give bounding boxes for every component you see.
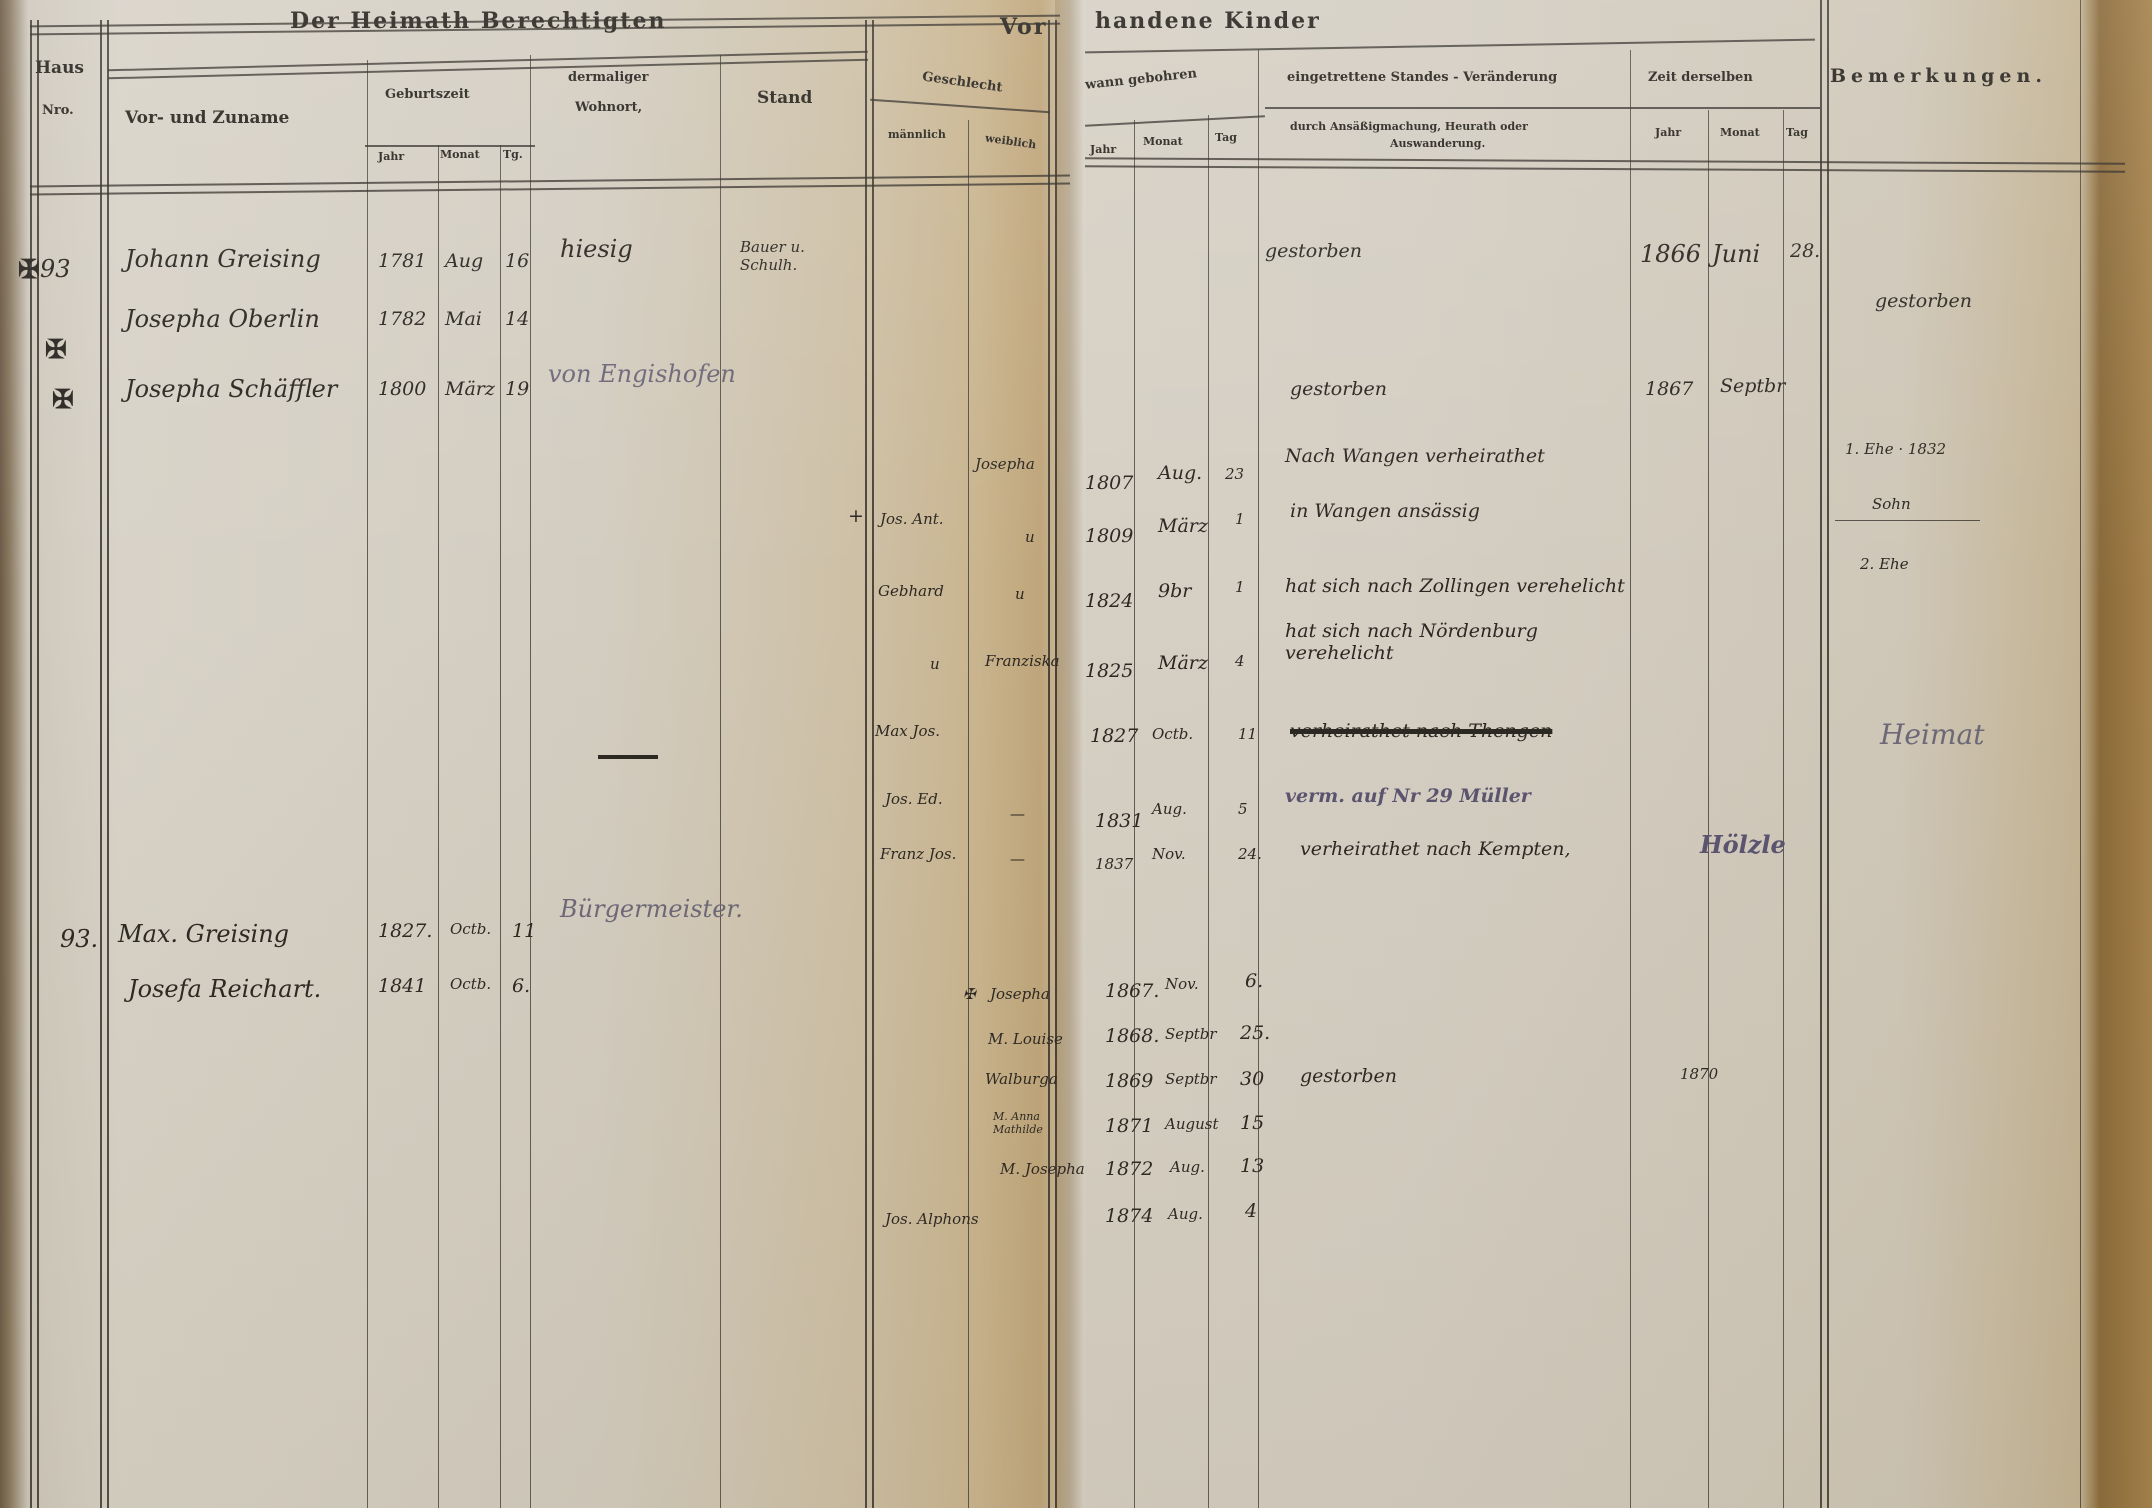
col-line-change-right	[1630, 50, 1631, 1508]
change-year: 1870	[1680, 1065, 1718, 1083]
register-book: Der Heimath Berechtigten Vor handene Kin…	[0, 0, 2152, 1508]
change-year: 1867	[1645, 378, 1693, 400]
child-birth-month: Aug.	[1158, 462, 1202, 484]
change-sub-rule	[1265, 107, 1625, 109]
col-line-male-right	[968, 120, 969, 1508]
child-birth-month: Nov.	[1152, 845, 1186, 863]
child-name: M. Josepha	[1000, 1160, 1085, 1178]
stand-dash	[598, 755, 658, 759]
name-header: Vor- und Zuname	[125, 108, 289, 128]
time-year-header: Jahr	[1655, 126, 1681, 139]
death-cross-icon: ✠	[45, 335, 67, 365]
birth-year: 1782	[378, 308, 426, 330]
birth-month: Octb.	[450, 975, 491, 993]
status-change: verm. auf Nr 29 Müller	[1285, 785, 1531, 807]
child-birth-year: 1825	[1085, 660, 1133, 682]
status-change: Nach Wangen verheirathet	[1285, 445, 1545, 467]
child-birth-day: 4	[1245, 1200, 1257, 1222]
nro-header: Nro.	[42, 103, 74, 118]
child-birth-year: 1871	[1105, 1115, 1153, 1137]
child-name: Jos. Ed.	[885, 790, 943, 808]
header-bottom-rule-right	[1085, 157, 2125, 172]
residence: Bürgermeister.	[560, 895, 743, 923]
col-line-haus-right	[100, 20, 109, 1508]
born-day-header: Tag	[1215, 131, 1237, 144]
child-birth-year: 1837	[1095, 855, 1133, 873]
child-birth-month: Septbr	[1165, 1070, 1217, 1088]
child-birth-year: 1874	[1105, 1205, 1153, 1227]
child-birth-day: 25.	[1240, 1022, 1270, 1044]
child-name: Josepha	[975, 455, 1035, 473]
house-number: 93.	[60, 925, 98, 953]
sex-sub-rule	[870, 99, 1050, 114]
child-birth-month: 9br	[1158, 580, 1191, 602]
death-cross-icon: ✠	[963, 985, 976, 1003]
time-month-header: Monat	[1720, 126, 1760, 139]
born-month-header: Monat	[1143, 135, 1183, 148]
col-line-birth-month	[500, 145, 501, 1508]
child-birth-month: Aug.	[1168, 1205, 1203, 1223]
child-name: Gebhard	[878, 582, 944, 600]
residence-header-line1: dermaliger	[568, 70, 648, 85]
birth-day: 19	[505, 378, 529, 400]
child-birth-month: März	[1158, 515, 1208, 537]
death-cross-icon: ✠	[18, 255, 40, 285]
col-line-time-year	[1708, 110, 1709, 1508]
child-name: Jos. Ant.	[880, 510, 944, 528]
time-sub-rule	[1625, 107, 1820, 109]
child-birth-day: 4	[1235, 652, 1245, 670]
remark: 2. Ehe	[1860, 555, 1909, 573]
child-birth-year: 1868.	[1105, 1025, 1159, 1047]
time-header: Zeit derselben	[1648, 70, 1753, 85]
child-birth-day: 13	[1240, 1155, 1264, 1177]
remark: Heimat	[1880, 718, 1984, 751]
birth-month: Mai	[445, 308, 482, 330]
book-spine	[1055, 0, 1085, 1508]
person-name: Josepha Schäffler	[125, 375, 337, 403]
birth-day: 6.	[512, 975, 530, 997]
child-birth-day: 15	[1240, 1112, 1264, 1134]
header-bottom-rule-left	[30, 175, 1070, 196]
born-header: wann gebohren	[1085, 66, 1198, 93]
residence-header-line2: Wohnort,	[575, 100, 642, 115]
change-month: Juni	[1712, 240, 1760, 268]
child-name: Franz Jos.	[880, 845, 956, 863]
child-name: Josepha	[990, 985, 1050, 1003]
child-birth-day: 24.	[1238, 845, 1262, 863]
person-name: Johann Greising	[125, 245, 321, 273]
residence: hiesig	[560, 235, 633, 263]
sex-header: Geschlecht	[921, 69, 1003, 95]
house-number: 93	[40, 255, 71, 283]
status-change: gestorben	[1300, 1065, 1397, 1087]
birth-year-header: Jahr	[378, 150, 404, 163]
status-change: hat sich nach Zollingen verehelicht	[1285, 575, 1625, 597]
birth-day: 11	[512, 920, 536, 942]
dash-mark: —	[1010, 850, 1025, 868]
child-birth-month: Septbr	[1165, 1025, 1217, 1043]
col-line-birth-right	[530, 55, 531, 1508]
child-name: Max Jos.	[875, 722, 940, 740]
female-header: weiblich	[984, 131, 1037, 151]
col-line-remarks-right	[2080, 0, 2081, 1508]
birth-day: 14	[505, 308, 529, 330]
remarks-header: Bemerkungen.	[1830, 65, 2047, 87]
child-birth-month: Aug.	[1170, 1158, 1205, 1176]
status-change: gestorben	[1265, 240, 1362, 262]
stand-header: Stand	[757, 88, 812, 108]
birth-month: Aug	[445, 250, 483, 272]
male-header: männlich	[888, 128, 946, 141]
header-rule-left	[108, 51, 868, 80]
child-name: Jos. Alphons	[885, 1210, 979, 1228]
col-line-born-right	[1258, 50, 1259, 1508]
death-cross-icon: +	[848, 505, 864, 527]
child-birth-year: 1831	[1095, 810, 1143, 832]
remark-rule	[1835, 520, 1980, 521]
left-page-title: Der Heimath Berechtigten	[290, 8, 666, 34]
child-birth-day: 1	[1235, 510, 1245, 528]
child-birth-year: 1807	[1085, 472, 1133, 494]
child-name: M. Louise	[988, 1030, 1063, 1048]
birth-sub-rule	[365, 145, 535, 147]
child-birth-year: 1869	[1105, 1070, 1153, 1092]
col-line-haus-left	[30, 20, 39, 1508]
child-birth-year: 1809	[1085, 525, 1133, 547]
person-name: Josepha Oberlin	[125, 305, 320, 333]
status-change-struck: verheirathet nach Thengen	[1290, 720, 1552, 742]
child-birth-month: August	[1165, 1115, 1218, 1133]
col-line-sex-right	[1048, 20, 1057, 1508]
birth-month: Octb.	[450, 920, 491, 938]
birth-year: 1781	[378, 250, 426, 272]
change-year: 1866	[1640, 240, 1701, 268]
col-line-birth-year	[438, 145, 439, 1508]
col-line-name-right	[367, 60, 368, 1508]
left-page-title-continuation: Vor	[1000, 14, 1047, 40]
child-birth-day: 30	[1240, 1068, 1264, 1090]
change-subheader-line1: durch Ansäßigmachung, Heurath oder	[1290, 120, 1528, 133]
born-year-header: Jahr	[1090, 143, 1116, 156]
child-birth-year: 1872	[1105, 1158, 1153, 1180]
birth-year: 1827.	[378, 920, 432, 942]
ditto-mark: u	[930, 655, 940, 673]
ditto-mark: u	[1025, 528, 1035, 546]
child-name: M. Anna Mathilde	[993, 1110, 1073, 1136]
status-change-extra: Hölzle	[1700, 830, 1786, 859]
child-birth-year: 1867.	[1105, 980, 1159, 1002]
born-sub-rule	[1085, 115, 1265, 126]
status-change: verheirathet nach Kempten,	[1300, 838, 1571, 860]
child-birth-day: 23	[1225, 465, 1244, 483]
birth-month-header: Monat	[440, 148, 480, 161]
child-birth-month: Aug.	[1152, 800, 1187, 818]
birth-year: 1800	[378, 378, 426, 400]
status-change: gestorben	[1290, 378, 1387, 400]
dash-mark: —	[1010, 805, 1025, 823]
status-change: hat sich nach Nördenburg verehelicht	[1285, 620, 1625, 664]
child-birth-day: 11	[1238, 725, 1257, 743]
time-day-header: Tag	[1786, 126, 1808, 139]
child-birth-year: 1827	[1090, 725, 1138, 747]
change-day: 28.	[1790, 240, 1820, 262]
col-line-time-right	[1820, 0, 1829, 1508]
child-birth-month: Nov.	[1165, 975, 1199, 993]
haus-header: Haus	[35, 58, 84, 78]
birth-day: 16	[505, 250, 529, 272]
right-page-title: handene Kinder	[1095, 8, 1321, 34]
col-line-residence-right	[720, 55, 721, 1508]
remark: Sohn	[1872, 495, 1911, 513]
child-birth-day: 6.	[1245, 970, 1263, 992]
child-birth-year: 1824	[1085, 590, 1133, 612]
child-name: Walburga	[985, 1070, 1058, 1088]
birth-year: 1841	[378, 975, 426, 997]
status-change: in Wangen ansässig	[1290, 500, 1480, 522]
person-name: Josefa Reichart.	[128, 975, 321, 1003]
col-line-stand-right	[865, 20, 874, 1508]
remark: gestorben	[1875, 290, 1972, 312]
col-line-time-month	[1783, 110, 1784, 1508]
birth-month: März	[445, 378, 495, 400]
child-birth-month: Octb.	[1152, 725, 1193, 743]
person-name: Max. Greising	[118, 920, 289, 948]
stand: Bauer u. Schulh.	[740, 238, 860, 274]
death-cross-icon: ✠	[52, 385, 74, 415]
col-line-born-month	[1208, 115, 1209, 1508]
change-header: eingetrettene Standes - Veränderung	[1287, 70, 1557, 85]
birth-day-header: Tg.	[503, 148, 523, 161]
change-subheader-line2: Auswanderung.	[1390, 137, 1485, 150]
child-birth-month: März	[1158, 652, 1208, 674]
header-rule-right	[1085, 39, 1815, 54]
child-birth-day: 1	[1235, 578, 1245, 596]
remark: 1. Ehe · 1832	[1845, 440, 1946, 458]
birth-header: Geburtszeit	[385, 87, 470, 102]
residence: von Engishofen	[548, 360, 736, 388]
ditto-mark: u	[1015, 585, 1025, 603]
child-name: Franziska	[985, 652, 1060, 670]
change-month: Septbr	[1720, 375, 1785, 397]
child-birth-day: 5	[1238, 800, 1248, 818]
